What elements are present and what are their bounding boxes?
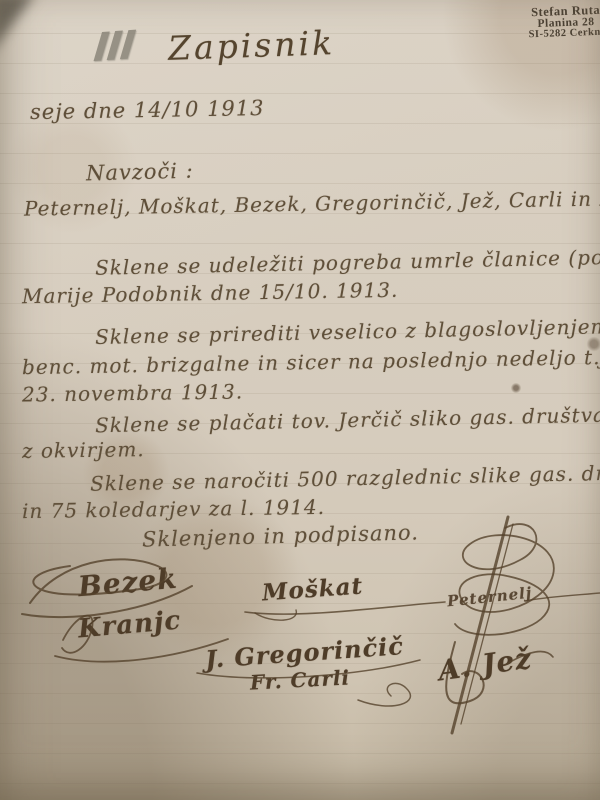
pencil-margin-numeral: III [87,23,140,72]
manuscript-page: Stefan Ruta Planina 28 SI-5282 Cerkni II… [0,0,600,800]
resolution-3-line-1: Sklene se plačati tov. Jerčič sliko gas.… [95,403,600,438]
resolution-3-line-2: z okvirjem. [22,437,145,463]
resolution-1-line-1: Sklene se udeležiti pogreba umrle članic… [95,244,600,280]
signature-peternelj: Peternelj [446,584,533,611]
page-title: Zapisnik [167,23,335,68]
closing-line: Sklenjeno in podpisano. [142,520,419,551]
attendees-names: Peternelj, Moškat, Bezek, Gregorinčič, J… [24,185,600,220]
signature-moskat: Moškat [261,573,364,607]
resolution-4-line-1: Sklene se naročiti 500 razglednic slike … [90,460,600,495]
attendees-label: Navzoči : [86,159,194,186]
resolution-2-line-1: Sklene se prirediti veselico z blagoslov… [95,313,600,349]
corner-shadow [0,0,36,54]
resolution-2-line-3: 23. novembra 1913. [22,379,243,406]
archive-stamp: Stefan Ruta Planina 28 SI-5282 Cerkni [499,3,600,42]
signature-jez: A. Jež [436,642,534,688]
signature-carli: Fr. Carli [249,665,350,694]
resolution-2-line-2: benc. mot. brizgalne in sicer na posledn… [22,345,600,379]
resolution-1-line-2: Marije Podobnik dne 15/10. 1913. [22,278,399,309]
date-line: seje dne 14/10 1913 [30,96,265,124]
signature-kranjc: Kranjc [77,606,183,645]
signature-bezek: Bezek [77,562,179,604]
resolution-4-line-2: in 75 koledarjev za l. 1914. [22,495,325,523]
